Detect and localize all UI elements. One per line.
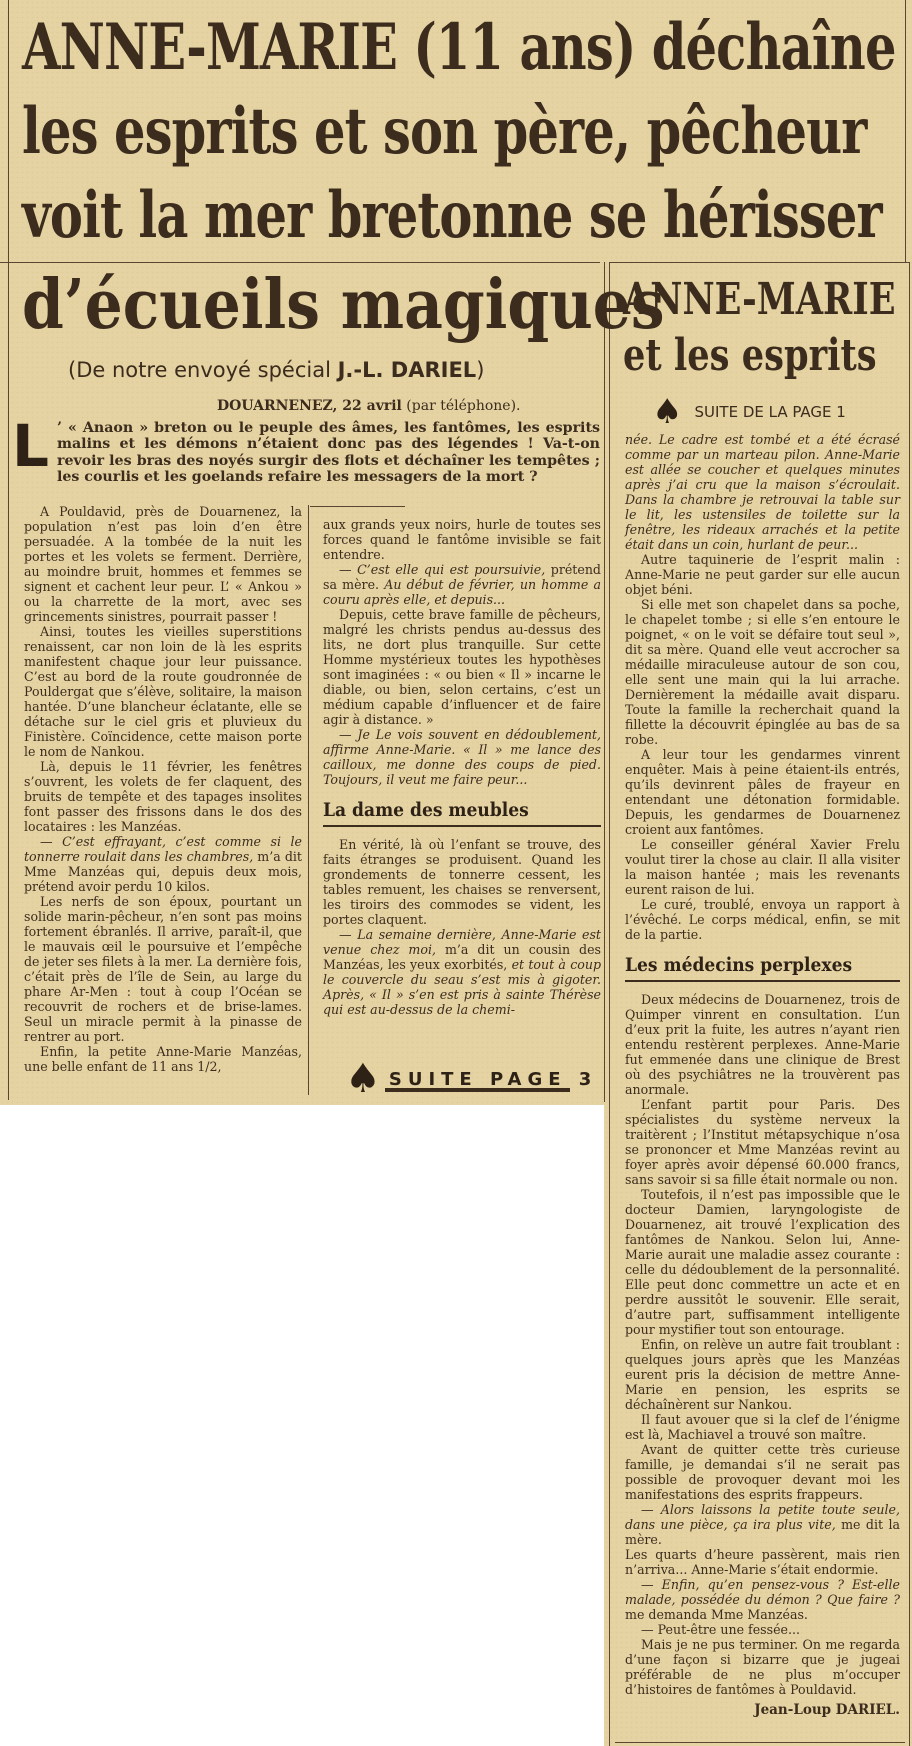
author-signature: Jean-Loup DARIEL. [625, 1703, 900, 1718]
continued-underline [385, 1088, 570, 1092]
subheading-rule [323, 825, 601, 827]
sidebar-right-rule [909, 262, 910, 1746]
paragraph: Le curé, troublé, envoya un rapport à l’… [625, 897, 900, 942]
spade-icon: ♠ [652, 392, 682, 432]
paragraph: Avant de quitter cette très curieuse fam… [625, 1442, 900, 1502]
paragraph: Enfin, on relève un autre fait troublant… [625, 1337, 900, 1412]
lede-text: ’ « Anaon » breton ou le peuple des âmes… [57, 420, 600, 485]
continued-from-page-1: ♠ SUITE DE LA PAGE 1 [652, 392, 846, 432]
spade-icon: ♠ [345, 1056, 381, 1102]
paragraph: Le conseiller général Xavier Frelu voulu… [625, 837, 900, 897]
quote-paragraph: — C’est elle qui est poursuivie, prétend… [323, 562, 601, 607]
sidebar-title: ANNE-MARIE et les esprits [623, 272, 855, 384]
headline-line-2: les esprits et son père, pêcheur [22, 90, 779, 174]
paragraph: Depuis, cette brave famille de pêcheurs,… [323, 607, 601, 727]
paragraph: Les quarts d’heure passèrent, mais rien … [625, 1547, 900, 1577]
article-column-2: aux grands yeux noirs, hurle de toutes s… [323, 517, 601, 1017]
left-border-rule [8, 0, 9, 1100]
byline-suffix: ) [476, 358, 484, 382]
dateline-place-date: DOUARNENEZ, 22 avril [217, 398, 402, 414]
quote-paragraph: — La semaine dernière, Anne-Marie est ve… [323, 927, 601, 1017]
dateline: DOUARNENEZ, 22 avril (par téléphone). [217, 398, 521, 414]
quote-paragraph: — C’est effrayant, c’est comme si le ton… [24, 834, 302, 894]
dateline-note: (par téléphone). [402, 398, 521, 414]
byline-prefix: (De notre envoyé spécial [68, 358, 338, 382]
drop-cap: L [12, 422, 49, 470]
headline-divider [0, 262, 600, 263]
paragraph: Il faut avouer que si la clef de l’énigm… [625, 1412, 900, 1442]
quote-italic: née. Le cadre est tombé et a été écrasé … [625, 432, 900, 552]
byline-author: J.-L. DARIEL [338, 358, 477, 382]
quote-italic: — C’est elle qui est poursuivie, [339, 562, 545, 577]
paragraph: En vérité, là où l’enfant se trouve, des… [323, 837, 601, 927]
lede-paragraph: L’ « Anaon » breton ou le peuple des âme… [12, 420, 600, 486]
sidebar-bottom-rule [615, 1742, 905, 1743]
quote-paragraph: née. Le cadre est tombé et a été écrasé … [625, 432, 900, 552]
headline-line-1: ANNE-MARIE (11 ans) déchaîne [22, 6, 779, 90]
sidebar-title-line-2: et les esprits [623, 328, 855, 384]
column-divider [308, 505, 309, 1095]
paragraph: Autre taquinerie de l’esprit malin : Ann… [625, 552, 900, 597]
paragraph: L’enfant partit pour Paris. Des spéciali… [625, 1097, 900, 1187]
paragraph: Si elle met son chapelet dans sa poche, … [625, 597, 900, 747]
subheading-medecins-perplexes: Les médecins perplexes [625, 954, 873, 976]
continued-on-page-3[interactable]: ♠ SUITE PAGE 3 [345, 1056, 597, 1102]
headline-line-4: d’écueils magiques [22, 265, 665, 345]
main-sidebar-divider [604, 262, 605, 1102]
paragraph: Deux médecins de Douarnenez, trois de Qu… [625, 992, 900, 1097]
quote-italic: — Enfin, qu’en pensez-vous ? Est-elle ma… [625, 1577, 900, 1607]
subheading-dame-des-meubles: La dame des meubles [323, 799, 573, 821]
quote-paragraph: — Peut-être une fessée... [625, 1622, 900, 1637]
continued-from-label: SUITE DE LA PAGE 1 [694, 403, 845, 421]
quote-paragraph: — Enfin, qu’en pensez-vous ? Est-elle ma… [625, 1577, 900, 1622]
column2-top-rule [310, 506, 405, 507]
paragraph: Toutefois, il n’est pas impossible que l… [625, 1187, 900, 1337]
sidebar-left-rule [609, 262, 610, 1746]
paragraph: aux grands yeux noirs, hurle de toutes s… [323, 517, 601, 562]
quote-italic: — Je Le vois souvent en dédoublement, af… [323, 727, 601, 787]
paragraph: A Pouldavid, près de Douarnenez, la popu… [24, 504, 302, 624]
article-column-1: A Pouldavid, près de Douarnenez, la popu… [24, 504, 302, 1074]
main-headline: ANNE-MARIE (11 ans) déchaîne les esprits… [22, 6, 779, 258]
sidebar-column: née. Le cadre est tombé et a été écrasé … [625, 432, 900, 1718]
paragraph: Enfin, la petite Anne-Marie Manzéas, une… [24, 1044, 302, 1074]
continued-label: SUITE PAGE 3 [389, 1069, 597, 1090]
paragraph: Ainsi, toutes les vieilles superstitions… [24, 624, 302, 759]
paragraph: Mais je ne pus terminer. On me regarda d… [625, 1637, 900, 1697]
sidebar-top-rule [609, 262, 909, 263]
paragraph: Là, depuis le 11 février, les fenêtres s… [24, 759, 302, 834]
paragraph: A leur tour les gendarmes vinrent enquêt… [625, 747, 900, 837]
headline-line-3: voit la mer bretonne se hérisser [22, 174, 779, 258]
sidebar-title-line-1: ANNE-MARIE [623, 272, 855, 328]
byline: (De notre envoyé spécial J.-L. DARIEL) [68, 358, 484, 382]
quote-paragraph: — Alors laissons la petite toute seule, … [625, 1502, 900, 1547]
top-right-border-rule [905, 0, 906, 262]
quote-attribution: me demanda Mme Manzéas. [625, 1607, 808, 1622]
quote-paragraph: — Je Le vois souvent en dédoublement, af… [323, 727, 601, 787]
subheading-rule [625, 980, 900, 982]
paragraph: Les nerfs de son époux, pourtant un soli… [24, 894, 302, 1044]
